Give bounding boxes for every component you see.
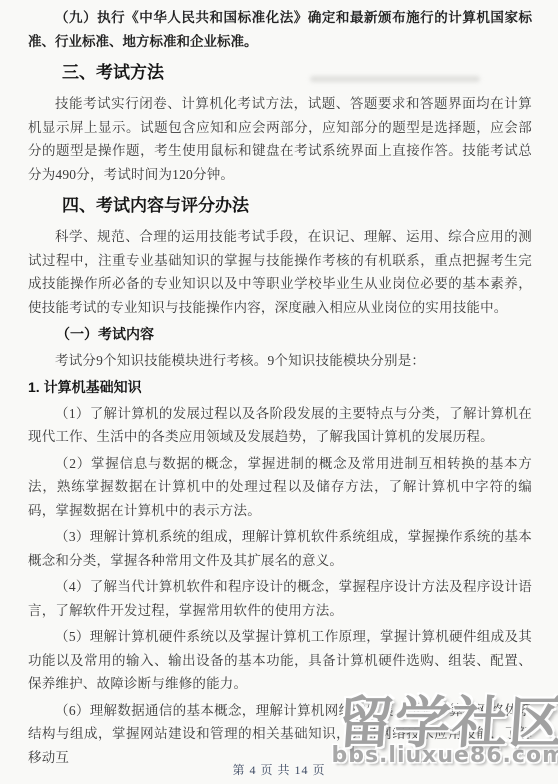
page-footer-pagination: 第 4 页 共 14 页 bbox=[0, 761, 558, 778]
paragraph-exam-method: 技能考试实行闭卷、计算机化考试方法，试题、答题要求和答题界面均在计算机显示屏上显… bbox=[28, 92, 532, 186]
heading-exam-method: 三、考试方法 bbox=[28, 61, 532, 85]
document-body: （九）执行《中华人民共和国标准化法》确定和最新颁布施行的计算机国家标准、行业标准… bbox=[28, 6, 532, 772]
paragraph-item6: （6）理解数据通信的基本概念，理解计算机网络的发展，掌握计算机网络体系结构与组成… bbox=[28, 699, 532, 770]
paragraph-item4: （4）了解当代计算机软件和程序设计的概念，掌握程序设计方法及程序设计语言，了解软… bbox=[28, 575, 532, 622]
paragraph-module-count: 考试分9个知识技能模块进行考核。9个知识技能模块分别是： bbox=[28, 349, 532, 373]
paragraph-exam-principles: 科学、规范、合理的运用技能考试手段，在识记、理解、运用、综合应用的测试过程中，注… bbox=[28, 225, 532, 319]
heading-exam-content-scoring: 四、考试内容与评分办法 bbox=[28, 194, 532, 218]
paragraph-item3: （3）理解计算机系统的组成，理解计算机软件系统组成，掌握操作系统的基本概念和分类… bbox=[28, 525, 532, 572]
paragraph-standards-item9: （九）执行《中华人民共和国标准化法》确定和最新颁布施行的计算机国家标准、行业标准… bbox=[28, 6, 532, 53]
heading-module1-computer-basics: 1. 计算机基础知识 bbox=[28, 376, 532, 399]
document-page: （九）执行《中华人民共和国标准化法》确定和最新颁布施行的计算机国家标准、行业标准… bbox=[0, 0, 558, 784]
heading-exam-content: （一）考试内容 bbox=[28, 323, 532, 346]
paragraph-item2: （2）掌握信息与数据的概念，掌握进制的概念及常用进制互相转换的基本方法，熟练掌握… bbox=[28, 452, 532, 523]
paragraph-item5: （5）理解计算机硬件系统以及掌握计算机工作原理，掌握计算机硬件组成及其功能以及常… bbox=[28, 625, 532, 696]
paragraph-item1: （1）了解计算机的发展过程以及各阶段发展的主要特点与分类，了解计算机在现代工作、… bbox=[28, 402, 532, 449]
